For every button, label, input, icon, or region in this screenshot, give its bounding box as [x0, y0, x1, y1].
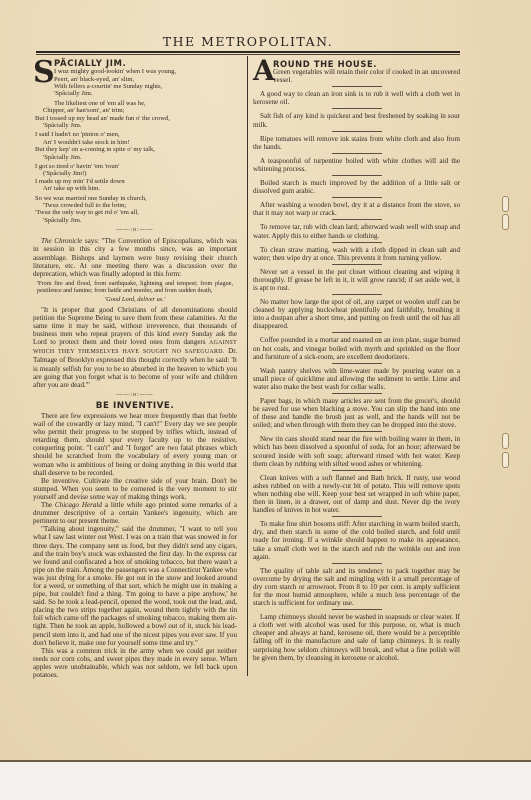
- inventive-section: BE INVENTIVE. There are few expressions …: [33, 402, 237, 679]
- chronicle-source: The Chronicle: [41, 237, 82, 245]
- poem-line: 'Spâcially Jim.: [35, 217, 237, 224]
- tip-divider: [332, 294, 382, 295]
- poem-line: I got so tired o' havin' 'em 'roun': [35, 163, 237, 170]
- poem-title: PÄCIALLY JIM.: [33, 60, 237, 68]
- chronicle-body: "It is proper that good Christians of al…: [33, 306, 237, 389]
- tip-item: New tin cans should stand near the fire …: [253, 435, 460, 467]
- tip-divider: [332, 264, 382, 265]
- tip-divider: [332, 242, 382, 243]
- tip-divider: [332, 131, 382, 132]
- inventive-paragraph: There are few expressions we hear more f…: [33, 412, 237, 477]
- tip-divider: [332, 470, 382, 471]
- poem-line: I wuz mighty good-lookin' when I wus you…: [35, 68, 237, 75]
- tip-divider: [332, 175, 382, 176]
- around-house-title: ROUND THE HOUSE.: [253, 58, 460, 68]
- tip-divider: [332, 219, 382, 220]
- masthead-rule-thin: [36, 54, 460, 55]
- tip-item: To make fine shirt bosoms stiff: After s…: [253, 520, 460, 560]
- tip-divider: [332, 609, 382, 610]
- chronicle-section: The Chronicle says: "The Convention of E…: [33, 237, 237, 389]
- tip-divider: [332, 332, 382, 333]
- tip-item: Ripe tomatoes will remove ink stains fro…: [253, 135, 460, 151]
- tip-item: After washing a wooden bowl, dry it at a…: [253, 201, 460, 217]
- herald-pre: The: [41, 501, 55, 509]
- tip-item: Coffee pounded in a mortar and roasted o…: [253, 336, 460, 360]
- poem-line: The likeliest one of 'em all was he,: [35, 100, 237, 107]
- column-divider: [247, 56, 248, 676]
- poem-line: I said I hadn't no 'pinion o' men,: [35, 131, 237, 138]
- poem-stanza: The likeliest one of 'em all was he, Chi…: [35, 100, 237, 130]
- tip-item: To clean straw matting, wash with a clot…: [253, 246, 460, 262]
- chronicle-quote-response: 'Good Lord, deliver us.': [33, 296, 237, 304]
- tip-item: A teaspoonful of turpentine boiled with …: [253, 157, 460, 173]
- masthead-title: THE METROPOLITAN.: [36, 34, 460, 49]
- dropcap-a: A: [253, 58, 270, 80]
- around-house-header: A ROUND THE HOUSE. Green vegetables will…: [253, 58, 460, 84]
- tip-item: Never set a vessel in the pot closet wit…: [253, 268, 460, 292]
- poem-line: But they kep' on a-coming in spite o' my…: [35, 146, 237, 153]
- tips-list: A good way to clean an iron sink is to r…: [253, 90, 460, 661]
- poem-stanza: So we wuz married one Sunday in church, …: [35, 195, 237, 225]
- closing-paragraph: This was a common trick in the army when…: [33, 647, 237, 679]
- inventive-paragraph: Be inventive. Cultivate the creative sid…: [33, 477, 237, 501]
- chronicle-body-start: "It is proper that good Christians of al…: [33, 306, 237, 346]
- tip-divider: [332, 86, 382, 87]
- poem-line: Peert, an' black-eyed, an' slim,: [35, 76, 237, 83]
- poem-line: ('Spâcially Jim!): [35, 170, 237, 177]
- scan-background: [0, 762, 531, 800]
- masthead-rule: [36, 51, 460, 53]
- tip-divider: [332, 431, 382, 432]
- binding-hole: [502, 196, 509, 212]
- poem-line: 'Spâcially Jim.: [35, 154, 237, 161]
- tip-divider: [332, 153, 382, 154]
- binding-hole: [502, 433, 509, 449]
- left-column: S PÄCIALLY JIM. I wuz mighty good-lookin…: [33, 58, 237, 679]
- poem-line: 'Twuz crowded full to the brim;: [35, 202, 237, 209]
- poem-line: 'Spâcially Jim.: [35, 122, 237, 129]
- poem-line: 'Spâcially Jim.: [35, 90, 237, 97]
- tip-item: Clean knives with a soft flannel and Bat…: [253, 474, 460, 514]
- poem-stanza: I wuz mighty good-lookin' when I wus you…: [35, 68, 237, 98]
- tip-divider: [332, 563, 382, 564]
- poem-line: But I tossed up my head an' made fun o' …: [35, 115, 237, 122]
- tip-item: The quality of table salt and its tenden…: [253, 567, 460, 607]
- tip-item: Wash pantry shelves with lime-water made…: [253, 367, 460, 391]
- herald-paragraph: The Chicago Herald a little while ago pr…: [33, 501, 237, 525]
- poem-line: I made up my min' I'd settle down: [35, 178, 237, 185]
- chronicle-quote: 'From fire and flood, from earthquake, l…: [37, 280, 233, 294]
- binding-hole: [502, 452, 509, 468]
- tip-divider: [332, 393, 382, 394]
- newspaper-page: THE METROPOLITAN. S PÄCIALLY JIM. I wuz …: [0, 0, 531, 762]
- poem-line: Chipper, an' han'som', an' trim;: [35, 107, 237, 114]
- poem-line: 'Twuz the only way to get rid o' 'em all…: [35, 209, 237, 216]
- poem-line: An' take up with him.: [35, 185, 237, 192]
- drummer-paragraph: "Talking about ingenuity," said the drum…: [33, 525, 237, 646]
- poem-stanza: I got so tired o' havin' 'em 'roun' ('Sp…: [35, 163, 237, 193]
- poem-line: So we wuz married one Sunday in church,: [35, 195, 237, 202]
- inventive-title: BE INVENTIVE.: [33, 402, 237, 410]
- chronicle-intro: The Chronicle says: "The Convention of E…: [33, 237, 237, 277]
- right-column: A ROUND THE HOUSE. Green vegetables will…: [253, 58, 460, 662]
- tip-divider: [332, 108, 382, 109]
- tip-item: To remove tar, rub with clean lard; afte…: [253, 223, 460, 239]
- poem-line: With fellers a-courtin' me Sunday nights…: [35, 83, 237, 90]
- tip-item: Salt fish of any kind is quickest and be…: [253, 112, 460, 128]
- section-ornament: ——:o:——: [33, 391, 237, 399]
- tip-item: Lamp chimneys should never be washed in …: [253, 613, 460, 662]
- poem-line: An' I wouldn't take stock in him!: [35, 139, 237, 146]
- poem-section: S PÄCIALLY JIM. I wuz mighty good-lookin…: [33, 60, 237, 224]
- dropcap-s: S: [33, 60, 51, 102]
- binding-hole: [502, 214, 509, 230]
- tip-item: A good way to clean an iron sink is to r…: [253, 90, 460, 106]
- tip-item: Paper bags, in which many articles are s…: [253, 397, 460, 429]
- herald-source: Chicago Herald: [55, 501, 102, 509]
- section-ornament: ——:o:——: [33, 226, 237, 234]
- tip-item: No matter how large the spot of oil, any…: [253, 298, 460, 330]
- tip-divider: [332, 363, 382, 364]
- around-house-intro: Green vegetables will retain their color…: [253, 68, 460, 84]
- poem-stanza: I said I hadn't no 'pinion o' men, An' I…: [35, 131, 237, 161]
- tip-divider: [332, 197, 382, 198]
- tip-divider: [332, 516, 382, 517]
- tip-item: Boiled starch is much improved by the ad…: [253, 179, 460, 195]
- poem-body: I wuz mighty good-lookin' when I wus you…: [35, 68, 237, 224]
